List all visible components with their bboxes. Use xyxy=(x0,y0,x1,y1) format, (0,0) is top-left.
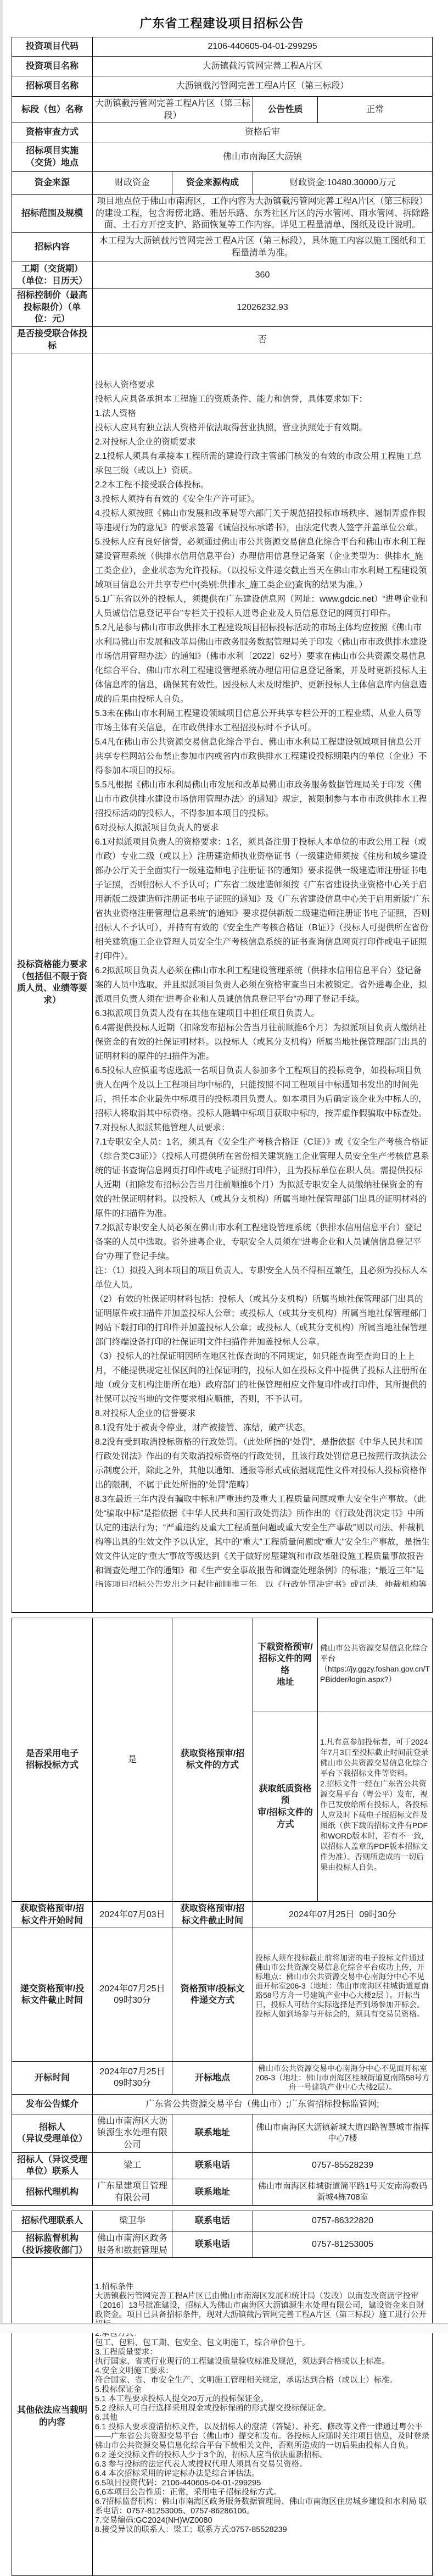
label-electronic-bidding: 是否采用电子 招标投标方式 xyxy=(12,1618,93,1902)
bidding-process-table: 是否采用电子 招标投标方式 是 获取资格预审/招 标文件的方式 下载资格预审/ … xyxy=(12,1618,433,2206)
value-agency-contact: 梁卫华 xyxy=(93,2211,172,2231)
table-row: 获取资格预审/招 标文件开始时间 2024年07月03日 获取资格预审/招 标文… xyxy=(12,1902,433,1928)
value-electronic-bidding: 是 xyxy=(93,1618,172,1902)
label-download-address: 下载资格预审/ 招标文件的网络 地址 xyxy=(253,1618,318,1712)
value-funding-composition: 财政资金:10480.30000万元 xyxy=(253,172,433,195)
announcement-page: 广东省工程建设项目招标公告 投资项目代码 2106-440605-04-01-2… xyxy=(12,0,432,2576)
value-download-address: 佛山市公共资源交易信息化综合平台 （https://jy.ggzy.foshan… xyxy=(318,1618,433,1712)
table-row: 招标监督机构 （投诉接收部门） 佛山市南海区政务 服务和数据管理局 联系电话 0… xyxy=(12,2231,433,2257)
value-qualification-review: 资格后审 xyxy=(93,123,433,142)
table-row: 资格审查方式 资格后审 xyxy=(12,123,433,142)
label-other-content: 其他依法应当载明 的内容 xyxy=(12,2258,93,2575)
value-bidder-qualification: 投标人资格要求 投标人应具备承担本工程施工的资质条件、能力和信誉，具体要求如下：… xyxy=(93,353,433,1612)
page-title: 广东省工程建设项目招标公告 xyxy=(12,0,432,37)
value-location: 佛山市南海区大沥镇 xyxy=(93,142,433,172)
value-opening-place: 佛山市公共资源交易中心南海分中心不见面开标室206-3（地址：佛山市南海区桂城街… xyxy=(253,2061,433,2094)
table-row: 工期（交货期） （单位：日历天） 360 xyxy=(12,262,433,288)
paper-method-text: 1.凡有意参加投标者，可于2024年7月3日至投标截止时间前登录佛山市公共资源交… xyxy=(320,1737,430,1877)
bidder-qualification-text: 投标人资格要求 投标人应具备承担本工程施工的资质条件、能力和信誉，具体要求如下：… xyxy=(95,378,430,1587)
label-location: 招标项目实施 （交货）地点 xyxy=(12,142,93,172)
table-row: 开标时间 2024年07月25日 09时30分 开标地点 佛山市公共资源交易中心… xyxy=(12,2061,433,2094)
label-agency: 招标代理机构 xyxy=(12,2179,93,2205)
value-submit-deadline: 2024年07月25日 09时30分 xyxy=(93,1928,172,2061)
download-address-text: 佛山市公共资源交易信息化综合平台 （https://jy.ggzy.foshan… xyxy=(320,1643,430,1687)
label-tenderer-address: 联系地址 xyxy=(172,2114,253,2152)
table-gap xyxy=(12,2206,432,2211)
value-scope: 项目地点位于佛山市南海区，工作内容为大沥镇截污管网完善工程A片区（第三标段）的建… xyxy=(93,195,433,233)
label-paper-method: 获取纸质资格预 审/招标文件的 方式 xyxy=(253,1712,318,1901)
page-left-edge xyxy=(0,0,3,2333)
label-tenderer-phone: 联系电话 xyxy=(172,2152,253,2179)
label-project-code: 投资项目代码 xyxy=(12,37,93,57)
value-price-limit: 12026232.93 xyxy=(93,288,433,327)
label-obtain-start: 获取资格预审/招 标文件开始时间 xyxy=(12,1902,93,1928)
label-announcement-media: 发布公告媒介 xyxy=(12,2094,93,2114)
label-scope: 招标范围及规模 xyxy=(12,195,93,233)
value-notice-nature: 正常 xyxy=(318,97,433,123)
label-agency-phone: 联系电话 xyxy=(172,2211,253,2231)
table-row: 资金来源 财政资金 资金来源构成 财政资金:10480.30000万元 xyxy=(12,172,433,195)
table-row: 招标代理联系人 梁卫华 联系电话 0757-86322820 xyxy=(12,2211,433,2231)
label-agency-contact: 招标代理联系人 xyxy=(12,2211,93,2231)
label-duration: 工期（交货期） （单位：日历天） xyxy=(12,262,93,288)
table-row: 投标资格能力要求 （包括但不限于资 质人员、业绩等要 求） 投标人资格要求 投标… xyxy=(12,353,433,1612)
label-opening-place: 开标地点 xyxy=(172,2061,253,2094)
table-row: 招标范围及规模 项目地点位于佛山市南海区，工作内容为大沥镇截污管网完善工程A片区… xyxy=(12,195,433,233)
value-tender-name: 大沥镇截污管网完善工程A片区（第三标段） xyxy=(93,76,433,97)
label-submit-deadline: 递交资格预审/投 标文件截止时间 xyxy=(12,1928,93,2061)
label-bidder-qualification: 投标资格能力要求 （包括但不限于资 质人员、业绩等要 求） xyxy=(12,353,93,1612)
label-qualification-review: 资格审查方式 xyxy=(12,123,93,142)
table-row: 招标内容 本工程为大沥镇截污管网完善工程A片区（第三标段），具体施工内容以施工图… xyxy=(12,232,433,262)
table-row: 招标项目实施 （交货）地点 佛山市南海区大沥镇 xyxy=(12,142,433,172)
table-row: 招标人（异议受理 单位）联系人 梁工 联系电话 0757-85528239 xyxy=(12,2152,433,2179)
label-tenderer-contact: 招标人（异议受理 单位）联系人 xyxy=(12,2152,93,2179)
label-obtain-end: 获取资格预审/招 标文件截止时间 xyxy=(172,1902,253,1928)
table-row: 招标人 （异议受理单位） 佛山市南海区大沥镇源生水处理有限公司 联系地址 佛山市… xyxy=(12,2114,433,2152)
value-supervisor-phone: 0757-81253005 xyxy=(253,2231,433,2257)
value-tenderer-phone: 0757-85528239 xyxy=(253,2152,433,2179)
label-agency-address: 联系地址 xyxy=(172,2179,253,2205)
value-section-name: 大沥镇截污管网完善工程A片区（第三标段） xyxy=(93,97,253,123)
label-submit-method: 资格预审/投标文 件递交方式 xyxy=(172,1928,253,2061)
value-paper-method: 1.凡有意参加投标者，可于2024年7月3日至投标截止时间前登录佛山市公共资源交… xyxy=(318,1712,433,1901)
value-other-content: 1.招标条件 大沥镇截污管网完善工程A片区已由佛山市南海区发展和统计局（发改）以… xyxy=(93,2258,433,2575)
value-opening-time: 2024年07月25日 09时30分 xyxy=(93,2061,172,2094)
table-row: 招标控制价（最高 投标限价）（单 位：元） 12026232.93 xyxy=(12,288,433,327)
label-opening-time: 开标时间 xyxy=(12,2061,93,2094)
table-row: 发布公告媒介 广东省公共资源交易平台（佛山市）;广东省招标投标监管网; xyxy=(12,2094,433,2114)
label-section-name: 标段（包）名称 xyxy=(12,97,93,123)
value-tenderer-address: 佛山市南海区大沥镇新城大道四路智慧城市指挥中心7楼 xyxy=(253,2114,433,2152)
value-agency: 广东星建项目管理 有限公司 xyxy=(93,2179,172,2205)
project-info-table: 投资项目代码 2106-440605-04-01-299295 投资项目名称 大… xyxy=(12,37,433,1613)
page-bottom-area xyxy=(0,2324,448,2333)
value-consortium: 否 xyxy=(93,326,433,353)
table-row: 招标项目名称 大沥镇截污管网完善工程A片区（第三标段） xyxy=(12,76,433,97)
label-funding-composition: 资金来源构成 xyxy=(172,172,253,195)
table-row: 其他依法应当载明 的内容 1.招标条件 大沥镇截污管网完善工程A片区已由佛山市南… xyxy=(12,2258,433,2575)
label-funding-source: 资金来源 xyxy=(12,172,93,195)
value-agency-phone: 0757-86322820 xyxy=(253,2211,433,2231)
label-tenderer: 招标人 （异议受理单位） xyxy=(12,2114,93,2152)
label-supervisor-phone: 联系电话 xyxy=(172,2231,253,2257)
value-obtain-start: 2024年07月03日 xyxy=(93,1902,172,1928)
label-consortium: 是否接受联合体投 标 xyxy=(12,326,93,353)
value-announcement-media: 广东省公共资源交易平台（佛山市）;广东省招标投标监管网; xyxy=(93,2094,433,2114)
value-supervisor: 佛山市南海区政务 服务和数据管理局 xyxy=(93,2231,172,2257)
table-row: 递交资格预审/投 标文件截止时间 2024年07月25日 09时30分 资格预审… xyxy=(12,1928,433,2061)
contacts-other-table: 招标代理联系人 梁卫华 联系电话 0757-86322820 招标监督机构 （投… xyxy=(12,2211,433,2576)
table-row: 招标代理机构 广东星建项目管理 有限公司 联系地址 佛山市南海区桂城街道简平路1… xyxy=(12,2179,433,2205)
table-gap xyxy=(12,1613,432,1618)
value-project-code: 2106-440605-04-01-299295 xyxy=(93,37,433,57)
table-row: 是否接受联合体投 标 否 xyxy=(12,326,433,353)
value-tenderer: 佛山市南海区大沥镇源生水处理有限公司 xyxy=(93,2114,172,2152)
value-duration: 360 xyxy=(93,262,433,288)
value-tender-content: 本工程为大沥镇截污管网完善工程A片区（第三标段），具体施工内容以施工图纸和工程量… xyxy=(93,232,433,262)
value-agency-address: 佛山市南海区桂城街道简平路1号天安南海数码新城4栋708室 xyxy=(253,2179,433,2205)
value-funding-source: 财政资金 xyxy=(93,172,172,195)
value-obtain-end: 2024年07月25日 09时30分 xyxy=(253,1902,433,1928)
table-row: 是否采用电子 招标投标方式 是 获取资格预审/招 标文件的方式 下载资格预审/ … xyxy=(12,1618,433,1712)
value-invest-name: 大沥镇截污管网完善工程A片区 xyxy=(93,57,433,76)
table-row: 投资项目名称 大沥镇截污管网完善工程A片区 xyxy=(12,57,433,76)
label-obtain-method: 获取资格预审/招 标文件的方式 xyxy=(172,1618,253,1902)
table-row: 标段（包）名称 大沥镇截污管网完善工程A片区（第三标段） 公告性质 正常 xyxy=(12,97,433,123)
label-supervisor: 招标监督机构 （投诉接收部门） xyxy=(12,2231,93,2257)
label-notice-nature: 公告性质 xyxy=(253,97,318,123)
label-price-limit: 招标控制价（最高 投标限价）（单 位：元） xyxy=(12,288,93,327)
label-tender-content: 招标内容 xyxy=(12,232,93,262)
table-row: 投资项目代码 2106-440605-04-01-299295 xyxy=(12,37,433,57)
label-invest-name: 投资项目名称 xyxy=(12,57,93,76)
label-tender-name: 招标项目名称 xyxy=(12,76,93,97)
value-submit-method: 投标人须在投标截止前将加密的电子投标文件通过佛山市公共资源交易信息化综合平台成功… xyxy=(253,1928,433,2061)
submit-method-text: 投标人须在投标截止前将加密的电子投标文件通过佛山市公共资源交易信息化综合平台成功… xyxy=(255,1953,430,2036)
value-tenderer-contact: 梁工 xyxy=(93,2152,172,2179)
